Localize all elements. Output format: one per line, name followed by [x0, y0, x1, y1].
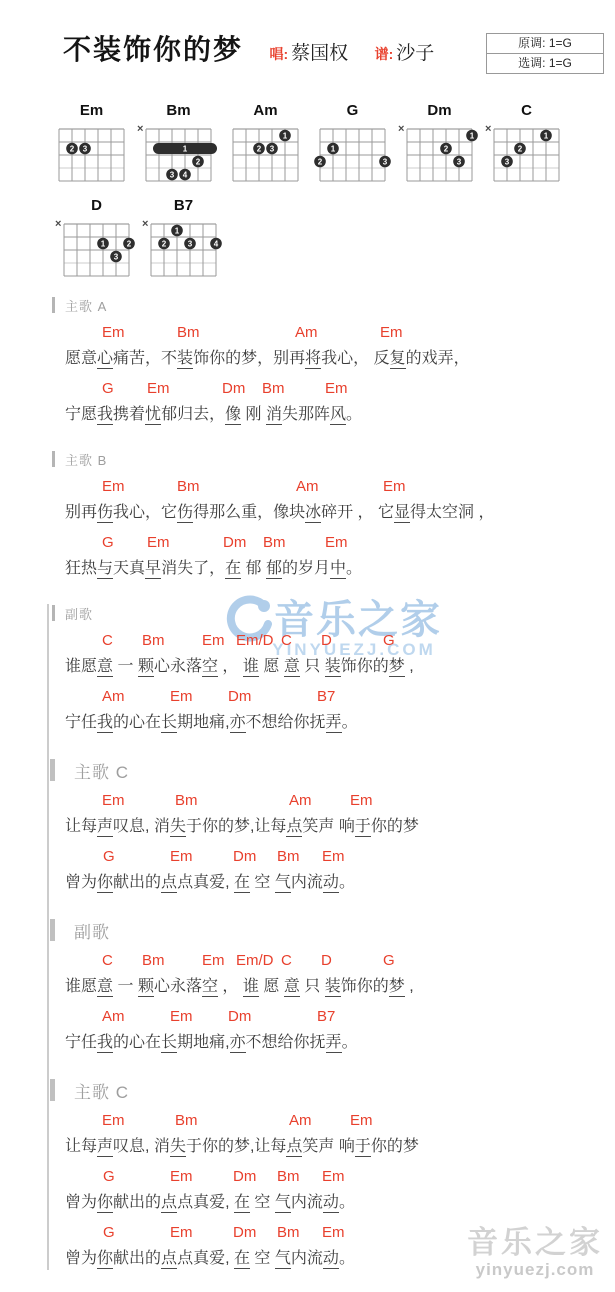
chord-label: Em [170, 688, 193, 706]
chord-label: C [102, 952, 113, 970]
chord-label: Em [202, 952, 225, 970]
lyric-segment: 宁任 [65, 1034, 97, 1051]
lyric-segment: 失 [170, 818, 186, 837]
svg-text:4: 4 [183, 170, 188, 179]
chord-diagram-B7: B7×1234 [140, 197, 227, 280]
chord-label: Bm [142, 952, 165, 970]
lyric-segment: 消 [266, 406, 282, 425]
lyric-segment: , [405, 658, 414, 675]
lyric-segment: 你 [97, 874, 113, 893]
lyric-segment: 点 [286, 1138, 302, 1157]
chord-grid: ×1234 [135, 119, 222, 185]
lyric-segment: 。 [339, 874, 355, 891]
lyric-segment: 颗 [138, 978, 154, 997]
section-title: 主歌 B [65, 450, 107, 469]
chord-diagram-name: Am [222, 102, 309, 119]
song-section: 主歌 AEmBmAmEm愿意心痛苦，不装饰你的梦，别再将我心， 反复的戏弄，GE… [0, 296, 615, 426]
lyric-line: 别再伤我心，它伤得那么重，像块冰碎开 ， 它显得太空洞 ， [65, 502, 615, 524]
section-header: 主歌 C [49, 1078, 615, 1102]
chord-label: Bm [177, 324, 200, 342]
lyric-segment: 笑声 响 [302, 1138, 354, 1155]
lyric-segment: 早 [145, 560, 161, 579]
chord-diagram-G: G123 [309, 102, 396, 185]
chord-label: Bm [277, 1168, 300, 1186]
chord-label: Bm [175, 1112, 198, 1130]
lyric-segment: 你的梦 [371, 1138, 419, 1155]
lyric-segment: 空 [202, 658, 218, 677]
chord-grid: ×123 [483, 119, 570, 185]
chord-label: Bm [142, 632, 165, 650]
lyric-segment: ， [218, 978, 243, 995]
chord-label: Dm [233, 1168, 256, 1186]
lyric-segment: 空 [202, 978, 218, 997]
chord-label: Am [296, 478, 319, 496]
lyric-segment: 我 [97, 714, 113, 733]
lyric-segment: 意 [97, 658, 113, 677]
svg-text:3: 3 [505, 157, 510, 166]
lyric-segment: 愿 [259, 978, 284, 995]
chord-label: Am [102, 688, 125, 706]
chord-diagram-name: Em [48, 102, 135, 119]
chord-label: C [281, 952, 292, 970]
lyric-segment: 失 [170, 1138, 186, 1157]
lyric-segment: 的戏弄， [406, 350, 470, 367]
lyric-segment: 期地痛, [177, 714, 229, 731]
lyric-segment: 郁 [266, 560, 282, 579]
lyric-line: 愿意心痛苦，不装饰你的梦，别再将我心， 反复的戏弄， [65, 348, 615, 370]
lyric-segment: 曾为 [65, 874, 97, 891]
lyric-segment: 在 [225, 560, 241, 579]
arranger-credit: 谱:沙子 [375, 38, 435, 65]
lyric-line: 谁愿意 一 颗心永落空 ， 谁 愿 意 只 装饰你的梦 , [65, 976, 615, 998]
chord-grid: 123 [222, 119, 309, 185]
lyric-segment: 声 [97, 1138, 113, 1157]
lyric-segment: 在 [234, 1194, 250, 1213]
lyric-segment: 碎开 ， 它 [321, 504, 394, 521]
chord-label: Em [170, 1224, 193, 1242]
chord-label: Em [147, 380, 170, 398]
lyric-segment: 只 [300, 658, 325, 675]
lyric-segment: 装 [325, 658, 341, 677]
lyric-segment: 装 [177, 350, 193, 369]
sections-bordered: 副歌CBmEmEm/DCDG谁愿意 一 颗心永落空 ， 谁 愿 意 只 装饰你的… [47, 604, 615, 1270]
lyric-segment: 伤 [97, 504, 113, 523]
key-original: 原调: 1=G [486, 33, 604, 54]
lyric-segment: 携着 [113, 406, 145, 423]
sections-plain: 主歌 AEmBmAmEm愿意心痛苦，不装饰你的梦，别再将我心， 反复的戏弄，GE… [0, 296, 615, 580]
lyric-segment: 点 [161, 1250, 177, 1269]
key-selected: 选调: 1=G [486, 53, 604, 74]
svg-text:3: 3 [383, 157, 388, 166]
lyric-segment: 谁愿 [65, 978, 97, 995]
svg-text:3: 3 [83, 144, 88, 153]
lyric-line: 宁愿我携着忧郁归去，像 刚 消失那阵风。 [65, 404, 615, 426]
song-section: 主歌 CEmBmAmEm让每声叹息, 消失于你的梦,让每点笑声 响于你的梦GEm… [49, 1078, 615, 1270]
lyric-segment: 献出的 [113, 874, 161, 891]
lyric-segment: 空 [250, 1194, 275, 1211]
lyric-segment: 弄 [326, 1034, 342, 1053]
lyric-segment: 不想给你抚 [246, 714, 326, 731]
lyric-segment: 在 [234, 1250, 250, 1269]
lyric-segment: 。 [346, 406, 362, 423]
lyric-segment: 冰 [305, 504, 321, 523]
chord-line: GEmDmBmEm [65, 848, 615, 866]
chord-diagram-row-2: D×123B7×1234 [53, 197, 615, 280]
chord-label: Em [325, 534, 348, 552]
chord-line: AmEmDmB7 [65, 688, 615, 706]
lyric-segment: 意 [284, 658, 300, 677]
lyric-segment: 让每 [65, 1138, 97, 1155]
lyric-line: 曾为你献出的点点真爱, 在 空 气内流动。 [65, 1248, 615, 1270]
svg-text:3: 3 [270, 144, 275, 153]
svg-text:1: 1 [175, 226, 180, 235]
lyric-segment: 于你的梦,让每 [186, 818, 286, 835]
svg-text:×: × [137, 123, 143, 135]
lyric-segment: 让每 [65, 818, 97, 835]
chord-label: Dm [228, 1008, 251, 1026]
section-title: 主歌 C [74, 1078, 129, 1103]
chord-line: GEmDmBmEm [65, 534, 615, 552]
lyric-segment: 你 [97, 1194, 113, 1213]
lyric-segment: 失那阵 [282, 406, 330, 423]
chord-label: C [281, 632, 292, 650]
page-title: 不装饰你的梦 [63, 30, 243, 70]
chord-label: Bm [175, 792, 198, 810]
lyric-segment: 显 [394, 504, 410, 523]
lyric-segment: 谁 [243, 978, 259, 997]
svg-text:×: × [398, 123, 404, 135]
section-header: 副歌 [49, 918, 615, 942]
lyric-segment: 刚 [241, 406, 266, 423]
lyric-segment: 郁归去， [161, 406, 225, 423]
chord-label: D [321, 632, 332, 650]
section-marker-bar [50, 759, 55, 781]
lyric-segment: 风 [330, 406, 346, 425]
lyric-segment: 动 [323, 1250, 339, 1269]
chord-label: Am [295, 324, 318, 342]
chord-line: EmBmAmEm [65, 478, 615, 496]
lyric-segment: 忧 [145, 406, 161, 425]
chord-label: Em [170, 1168, 193, 1186]
chord-label: Bm [277, 848, 300, 866]
lyric-segment: 我 [97, 406, 113, 425]
lyric-segment: 献出的 [113, 1250, 161, 1267]
lyric-segment: ， [218, 658, 243, 675]
lyric-segment: 于 [355, 1138, 371, 1157]
svg-text:1: 1 [331, 144, 336, 153]
lyric-segment: 复 [390, 350, 406, 369]
chord-label: Em [383, 478, 406, 496]
chord-label: Em [322, 1224, 345, 1242]
section-header: 主歌 B [0, 450, 615, 468]
lyric-segment: 气 [275, 1250, 291, 1269]
chord-label: Em [102, 1112, 125, 1130]
lyric-segment: 于 [355, 818, 371, 837]
lyric-segment: 谁愿 [65, 658, 97, 675]
svg-text:×: × [485, 123, 491, 135]
lyric-segment: 于你的梦,让每 [186, 1138, 286, 1155]
lyric-segment: 空 [250, 1250, 275, 1267]
lyric-segment: 点真爱, [177, 1250, 234, 1267]
chord-line: EmBmAmEm [65, 792, 615, 810]
lyric-segment: , [405, 978, 414, 995]
section-title: 副歌 [65, 604, 93, 623]
chord-label: B7 [317, 1008, 335, 1026]
page-header: 不装饰你的梦 唱:蔡国权 谱:沙子 原调: 1=G 选调: 1=G [0, 0, 615, 82]
lyric-segment: 心永落 [154, 978, 202, 995]
lyric-segment: 谁 [243, 658, 259, 677]
chord-diagram-name: D [53, 197, 140, 214]
chord-label: Bm [177, 478, 200, 496]
chord-label: Em [350, 1112, 373, 1130]
lyric-line: 宁任我的心在长期地痛,亦不想给你抚弄。 [65, 1032, 615, 1054]
svg-text:1: 1 [283, 131, 288, 140]
chord-diagram-Bm: Bm×1234 [135, 102, 222, 185]
chord-label: Em [170, 1008, 193, 1026]
lyric-segment: 点真爱, [177, 874, 234, 891]
section-header: 副歌 [49, 604, 615, 622]
lyric-segment: 梦 [389, 658, 405, 677]
lyric-segment: 颗 [138, 658, 154, 677]
lyric-segment: 内流 [291, 1250, 323, 1267]
lyric-segment: 愿意 [65, 350, 97, 367]
section-marker-bar [52, 605, 55, 621]
lyric-segment: 心 [97, 350, 113, 369]
chord-label: Dm [228, 688, 251, 706]
chord-label: Dm [233, 1224, 256, 1242]
lyric-segment: 一 [113, 978, 138, 995]
chord-diagram-name: C [483, 102, 570, 119]
lyric-segment: 饰你的 [341, 658, 389, 675]
chord-line: CBmEmEm/DCDG [65, 952, 615, 970]
lyric-segment: 狂热 [65, 560, 97, 577]
key-box: 原调: 1=G 选调: 1=G [486, 33, 604, 74]
chord-grid: ×1234 [140, 214, 227, 280]
chord-line: CBmEmEm/DCDG [65, 632, 615, 650]
chord-label: C [102, 632, 113, 650]
chord-label: Bm [262, 380, 285, 398]
chord-diagram-name: G [309, 102, 396, 119]
lyric-segment: 天真 [113, 560, 145, 577]
chord-label: Em/D [236, 952, 274, 970]
chord-line: EmBmAmEm [65, 324, 615, 342]
svg-text:2: 2 [257, 144, 262, 153]
lyric-segment: 宁任 [65, 714, 97, 731]
section-marker-bar [52, 451, 55, 467]
section-header: 主歌 A [0, 296, 615, 314]
lyric-segment: 梦 [389, 978, 405, 997]
lyric-segment: 笑声 响 [302, 818, 354, 835]
section-marker-bar [50, 1079, 55, 1101]
chord-label: Em [102, 478, 125, 496]
lyric-segment: 点 [161, 1194, 177, 1213]
svg-text:×: × [142, 218, 148, 230]
lyric-segment: 的岁月 [282, 560, 330, 577]
chord-label: G [383, 952, 395, 970]
lyric-segment: 你 [97, 1250, 113, 1269]
section-title: 主歌 A [65, 296, 107, 315]
lyric-segment: 。 [346, 560, 362, 577]
lyric-segment: 叹息, 消 [113, 818, 170, 835]
song-body: 主歌 AEmBmAmEm愿意心痛苦，不装饰你的梦，别再将我心， 反复的戏弄，GE… [0, 296, 615, 1270]
lyric-segment: 将 [305, 350, 321, 369]
chord-diagram-Em: Em23 [48, 102, 135, 185]
lyric-segment: 。 [339, 1194, 355, 1211]
chord-label: Em [147, 534, 170, 552]
svg-text:4: 4 [214, 239, 219, 248]
lyric-segment: 我心， 反 [321, 350, 389, 367]
chord-label: G [103, 848, 115, 866]
lyric-segment: 一 [113, 658, 138, 675]
chord-label: Bm [277, 1224, 300, 1242]
lyric-segment: 你的梦 [371, 818, 419, 835]
svg-text:1: 1 [544, 131, 549, 140]
svg-text:2: 2 [444, 144, 449, 153]
svg-text:1: 1 [101, 239, 106, 248]
svg-text:×: × [55, 218, 61, 230]
chord-grid: 23 [48, 119, 135, 185]
chord-label: G [102, 534, 114, 552]
chord-diagram-D: D×123 [53, 197, 140, 280]
lyric-segment: 声 [97, 818, 113, 837]
svg-text:3: 3 [188, 239, 193, 248]
chord-line: GEmDmBmEm [65, 1224, 615, 1242]
chord-grid: 123 [309, 119, 396, 185]
lyric-segment: 饰你的 [341, 978, 389, 995]
singer-label: 唱: [269, 46, 288, 62]
lyric-segment: 期地痛, [177, 1034, 229, 1051]
lyric-segment: 不想给你抚 [246, 1034, 326, 1051]
singer-name: 蔡国权 [291, 43, 348, 64]
chord-label: G [102, 380, 114, 398]
chord-label: Em [325, 380, 348, 398]
chord-label: Dm [223, 534, 246, 552]
lyric-segment: 中 [330, 560, 346, 579]
lyric-segment: 点真爱, [177, 1194, 234, 1211]
lyric-segment: 长 [161, 714, 177, 733]
chord-label: Em [102, 792, 125, 810]
lyric-segment: 消失了， [161, 560, 225, 577]
chord-label: Em [170, 848, 193, 866]
chord-diagram-Am: Am123 [222, 102, 309, 185]
lyric-segment: 气 [275, 1194, 291, 1213]
svg-text:3: 3 [114, 252, 119, 261]
chord-label: Dm [222, 380, 245, 398]
lyric-line: 让每声叹息, 消失于你的梦,让每点笑声 响于你的梦 [65, 1136, 615, 1158]
lyric-segment: 愿 [259, 658, 284, 675]
svg-text:3: 3 [170, 170, 175, 179]
lyric-segment: 的心在 [113, 714, 161, 731]
lyric-line: 谁愿意 一 颗心永落空 ， 谁 愿 意 只 装饰你的梦 , [65, 656, 615, 678]
lyric-segment: 伤 [177, 504, 193, 523]
lyric-segment: 痛苦，不 [113, 350, 177, 367]
arranger-label: 谱: [375, 46, 394, 62]
lyric-segment: 动 [323, 874, 339, 893]
song-section: 主歌 BEmBmAmEm别再伤我心，它伤得那么重，像块冰碎开 ， 它显得太空洞 … [0, 450, 615, 580]
lyric-segment: 献出的 [113, 1194, 161, 1211]
chord-line: AmEmDmB7 [65, 1008, 615, 1026]
section-header: 主歌 C [49, 758, 615, 782]
svg-text:3: 3 [457, 157, 462, 166]
chord-line: GEmDmBmEm [65, 380, 615, 398]
lyric-segment: 宁愿 [65, 406, 97, 423]
lyric-segment: 装 [325, 978, 341, 997]
lyric-segment: 郁 [241, 560, 266, 577]
lyric-segment: 得那么重，像块 [193, 504, 305, 521]
lyric-line: 狂热与天真早消失了，在 郁 郁的岁月中。 [65, 558, 615, 580]
chord-label: G [383, 632, 395, 650]
lyric-segment: 得太空洞 ， [410, 504, 494, 521]
lyric-segment: 曾为 [65, 1250, 97, 1267]
section-marker-bar [50, 919, 55, 941]
chord-label: Dm [233, 848, 256, 866]
svg-text:2: 2 [127, 239, 132, 248]
lyric-segment: 。 [342, 1034, 358, 1051]
section-title: 主歌 C [74, 758, 129, 783]
chord-label: Em [380, 324, 403, 342]
lyric-segment: 。 [342, 714, 358, 731]
svg-text:2: 2 [162, 239, 167, 248]
lyric-segment: 弄 [326, 714, 342, 733]
chord-label: Bm [263, 534, 286, 552]
chord-diagram-C: C×123 [483, 102, 570, 185]
lyric-segment: 在 [234, 874, 250, 893]
chord-label: G [103, 1224, 115, 1242]
lyric-segment: 只 [300, 978, 325, 995]
chord-label: Em [322, 848, 345, 866]
lyric-line: 宁任我的心在长期地痛,亦不想给你抚弄。 [65, 712, 615, 734]
lyric-segment: 心永落 [154, 658, 202, 675]
chord-label: D [321, 952, 332, 970]
chord-diagram-row-1: Em23Bm×1234Am123G123Dm×123C×123 [48, 102, 615, 185]
chord-label: Am [102, 1008, 125, 1026]
lyric-segment: 像 [225, 406, 241, 425]
lyric-segment: 我心，它 [113, 504, 177, 521]
lyric-segment: 气 [275, 874, 291, 893]
lyric-segment: 我 [97, 1034, 113, 1053]
chord-line: EmBmAmEm [65, 1112, 615, 1130]
lyric-segment: 别再 [65, 504, 97, 521]
lyric-line: 曾为你献出的点点真爱, 在 空 气内流动。 [65, 872, 615, 894]
chord-grid: ×123 [396, 119, 483, 185]
svg-text:1: 1 [183, 144, 188, 153]
chord-grid: ×123 [53, 214, 140, 280]
lyric-segment: 意 [97, 978, 113, 997]
song-section: 副歌CBmEmEm/DCDG谁愿意 一 颗心永落空 ， 谁 愿 意 只 装饰你的… [49, 604, 615, 734]
lyric-segment: 的心在 [113, 1034, 161, 1051]
chord-diagram-Dm: Dm×123 [396, 102, 483, 185]
chord-line: GEmDmBmEm [65, 1168, 615, 1186]
svg-text:2: 2 [70, 144, 75, 153]
lyric-segment: 与 [97, 560, 113, 579]
lyric-segment: 动 [323, 1194, 339, 1213]
chord-label: B7 [317, 688, 335, 706]
svg-text:1: 1 [470, 131, 475, 140]
lyric-segment: 内流 [291, 1194, 323, 1211]
chord-label: Em [322, 1168, 345, 1186]
lyric-segment: 叹息, 消 [113, 1138, 170, 1155]
chord-label: G [103, 1168, 115, 1186]
lyric-segment: 点 [286, 818, 302, 837]
chord-label: Em [102, 324, 125, 342]
arranger-name: 沙子 [396, 43, 434, 64]
lyric-segment: 。 [339, 1250, 355, 1267]
section-marker-bar [52, 297, 55, 313]
chord-diagram-name: Bm [135, 102, 222, 119]
chord-label: Am [289, 792, 312, 810]
lyric-segment: 点 [161, 874, 177, 893]
section-title: 副歌 [74, 918, 110, 943]
